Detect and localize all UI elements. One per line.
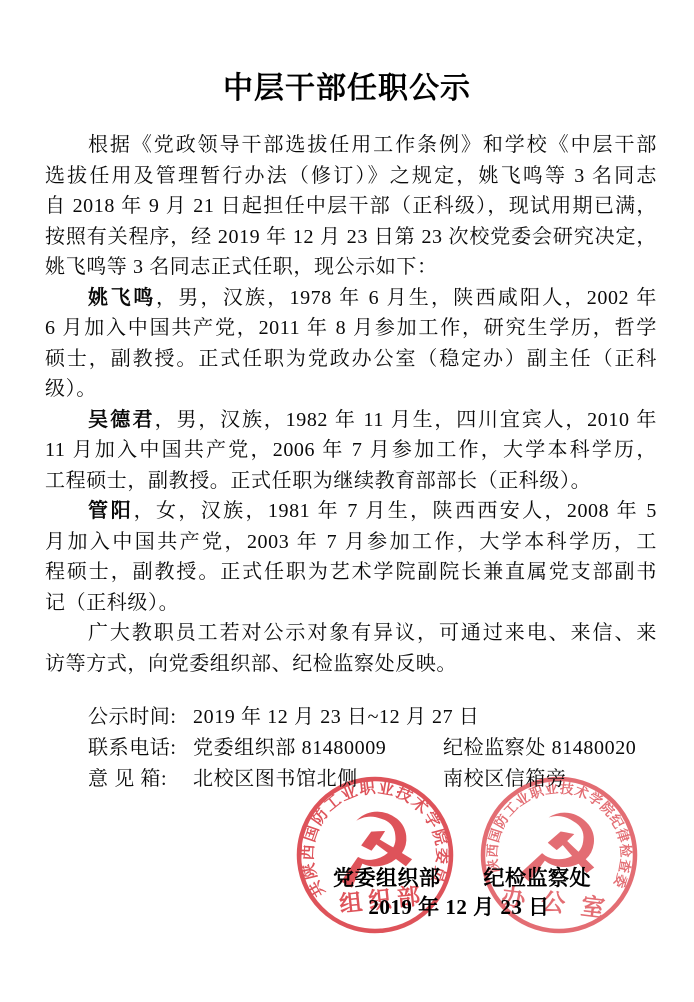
contact-label: 意 见 箱: [88, 764, 167, 795]
body-line-text: ，女，汉族，1981 年 7 月生，陕西西安人，2008 年 5 [134, 500, 657, 522]
contact-phone-org: 党委组织部 81480009 [193, 733, 386, 764]
body-line: 管阳，女，汉族，1981 年 7 月生，陕西西安人，2008 年 5 [45, 496, 657, 527]
body-line: 访等方式，向党委组织部、纪检监察处反映。 [45, 649, 657, 680]
body-line-text: ，男，汉族，1982 年 11 月生，四川宜宾人，2010 年 [155, 409, 657, 431]
signature-date: 2019 年 12 月 23 日 [333, 893, 585, 922]
page-title: 中层干部任职公示 [0, 63, 694, 107]
body-line: 6 月加入中国共产党，2011 年 8 月参加工作，研究生学历，哲学 [45, 313, 657, 344]
contact-label: 联系电话: [88, 733, 177, 764]
contact-label: 公示时间: [88, 702, 177, 733]
signature-departments: 党委组织部 纪检监察处 [333, 864, 585, 893]
contact-mailbox-south: 南校区信箱旁 [443, 764, 567, 795]
contact-row-time: 公示时间: 2019 年 12 月 23 日~12 月 27 日 [88, 702, 654, 733]
body-line: 按照有关程序，经 2019 年 12 月 23 日第 23 次校党委会研究决定， [45, 222, 657, 253]
body-line: 根据《党政领导干部选拔任用工作条例》和学校《中层干部 [45, 130, 657, 161]
body-line: 选拔任用及管理暂行办法（修订）》之规定，姚飞鸣等 3 名同志 [45, 161, 657, 192]
signature-block: 党委组织部 纪检监察处 2019 年 12 月 23 日 [333, 864, 585, 922]
body-line: 11 月加入中国共产党，2006 年 7 月参加工作，大学本科学历， [45, 435, 657, 466]
body-line: 工程硕士，副教授。正式任职为继续教育部部长（正科级）。 [45, 466, 657, 497]
contact-row-mailbox: 意 见 箱: 北校区图书馆北侧 南校区信箱旁 [88, 764, 654, 795]
contact-block: 公示时间: 2019 年 12 月 23 日~12 月 27 日 联系电话: 党… [88, 702, 654, 795]
document-body: 根据《党政领导干部选拔任用工作条例》和学校《中层干部 选拔任用及管理暂行办法（修… [45, 130, 657, 679]
announcement-document: 中层干部任职公示 根据《党政领导干部选拔任用工作条例》和学校《中层干部 选拔任用… [0, 0, 694, 1002]
body-line: 级）。 [45, 374, 657, 405]
body-line: 广大教职员工若对公示对象有异议，可通过来电、来信、来 [45, 618, 657, 649]
body-line: 月加入中国共产党，2003 年 7 月参加工作，大学本科学历，工 [45, 527, 657, 558]
body-line: 自 2018 年 9 月 21 日起担任中层干部（正科级），现试用期已满， [45, 191, 657, 222]
person-name: 吴德君 [88, 409, 155, 431]
contact-phone-discipline: 纪检监察处 81480020 [443, 733, 636, 764]
body-line: 姚飞鸣，男，汉族，1978 年 6 月生，陕西咸阳人，2002 年 [45, 283, 657, 314]
body-line: 吴德君，男，汉族，1982 年 11 月生，四川宜宾人，2010 年 [45, 405, 657, 436]
contact-value: 2019 年 12 月 23 日~12 月 27 日 [193, 702, 479, 733]
body-line-text: ，男，汉族，1978 年 6 月生，陕西咸阳人，2002 年 [156, 287, 657, 309]
person-name: 管阳 [88, 500, 134, 522]
body-line: 记（正科级）。 [45, 588, 657, 619]
person-name: 姚飞鸣 [88, 287, 156, 309]
contact-row-phone: 联系电话: 党委组织部 81480009 纪检监察处 81480020 [88, 733, 654, 764]
body-line: 程硕士，副教授。正式任职为艺术学院副院长兼直属党支部副书 [45, 557, 657, 588]
body-line: 姚飞鸣等 3 名同志正式任职，现公示如下： [45, 252, 657, 283]
contact-mailbox-north: 北校区图书馆北侧 [193, 764, 358, 795]
body-line: 硕士，副教授。正式任职为党政办公室（稳定办）副主任（正科 [45, 344, 657, 375]
